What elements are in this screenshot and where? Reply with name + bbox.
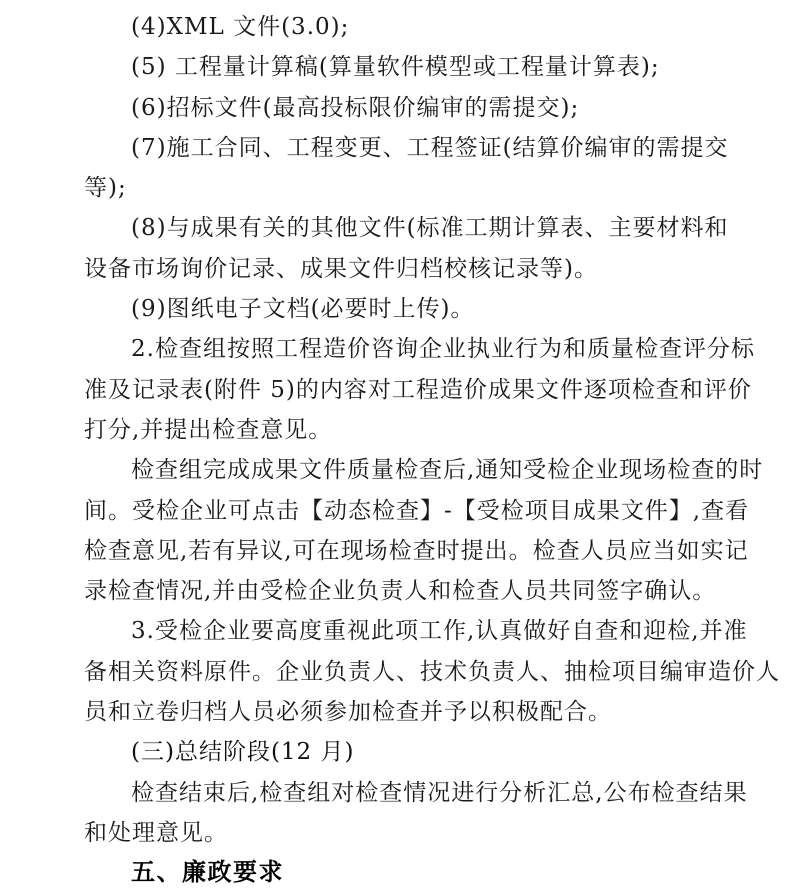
paragraph-3-line-4: 录检查情况,并由受检企业负责人和检查人员共同签字确认。 [84, 571, 786, 611]
list-item-8-line-1: (8)与成果有关的其他文件(标准工期计算表、主要材料和 [84, 208, 786, 248]
section-heading-summary-stage: (三)总结阶段(12 月) [84, 732, 786, 772]
paragraph-4-line-3: 员和立卷归档人员必须参加检查并予以积极配合。 [84, 692, 786, 732]
list-item-7-line-1: (7)施工合同、工程变更、工程签证(结算价编审的需提交 [84, 128, 786, 168]
paragraph-4-line-1: 3.受检企业要高度重视此项工作,认真做好自查和迎检,并准 [84, 611, 786, 651]
chapter-heading-integrity-requirements: 五、廉政要求 [84, 853, 786, 888]
list-item-5: (5) 工程量计算稿(算量软件模型或工程量计算表); [84, 47, 786, 87]
list-item-7-line-2: 等); [84, 168, 786, 208]
paragraph-5-line-1: 检查结束后,检查组对检查情况进行分析汇总,公布检查结果 [84, 773, 786, 813]
list-item-9: (9)图纸电子文档(必要时上传)。 [84, 289, 786, 329]
paragraph-4-line-2: 备相关资料原件。企业负责人、技术负责人、抽检项目编审造价人 [84, 652, 786, 692]
paragraph-5-line-2: 和处理意见。 [84, 813, 786, 853]
document-page: (4)XML 文件(3.0); (5) 工程量计算稿(算量软件模型或工程量计算表… [0, 0, 800, 888]
paragraph-2-line-1: 2.检查组按照工程造价咨询企业执业行为和质量检查评分标 [84, 329, 786, 369]
list-item-4: (4)XML 文件(3.0); [84, 7, 786, 47]
paragraph-3-line-1: 检查组完成成果文件质量检查后,通知受检企业现场检查的时 [84, 450, 786, 490]
list-item-6: (6)招标文件(最高投标限价编审的需提交); [84, 88, 786, 128]
paragraph-3-line-3: 检查意见,若有异议,可在现场检查时提出。检查人员应当如实记 [84, 531, 786, 571]
paragraph-2-line-3: 打分,并提出检查意见。 [84, 410, 786, 450]
paragraph-2-line-2: 准及记录表(附件 5)的内容对工程造价成果文件逐项检查和评价 [84, 370, 786, 410]
list-item-8-line-2: 设备市场询价记录、成果文件归档校核记录等)。 [84, 249, 786, 289]
paragraph-3-line-2: 间。受检企业可点击【动态检查】-【受检项目成果文件】,查看 [84, 491, 786, 531]
